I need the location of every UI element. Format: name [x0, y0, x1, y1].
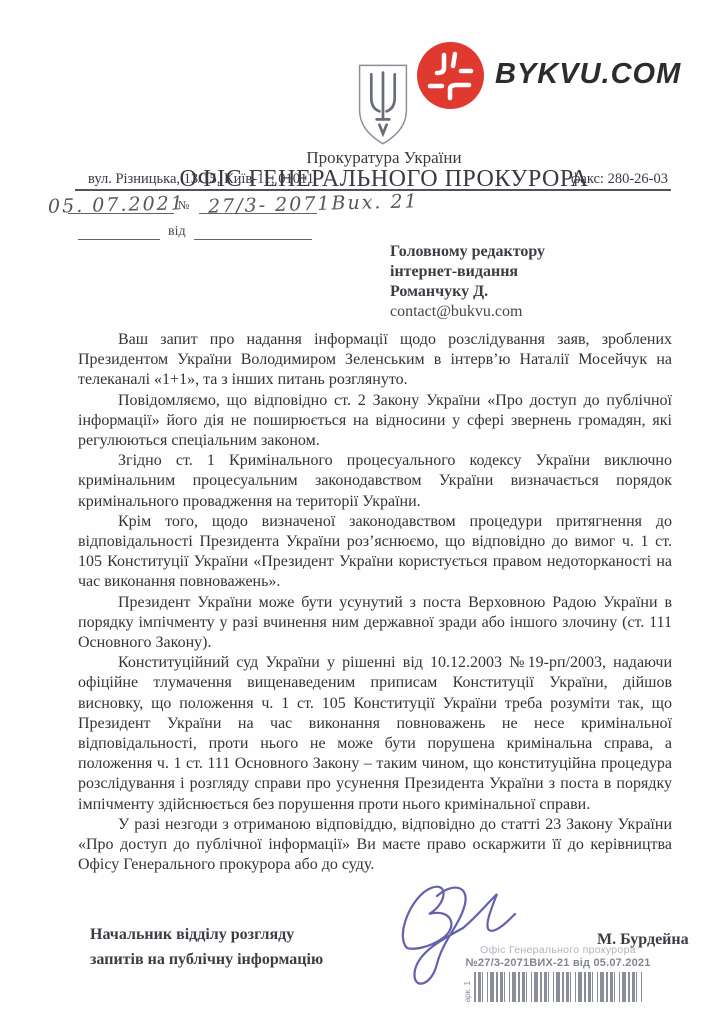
scanned-letter-page: BYKVU.COM Прокуратура України ОФІС ГЕНЕР…: [0, 0, 702, 1024]
paragraph-3: Згідно ст. 1 Кримінального процесуальног…: [78, 451, 672, 512]
recipient-block: Головному редактору інтернет-видання Ром…: [390, 242, 545, 322]
paragraph-5: Президент України може бути усунутий з п…: [78, 593, 672, 654]
vid-label: від: [168, 224, 186, 239]
paragraph-4: Крім того, щодо визначеної законодавство…: [78, 512, 672, 593]
barcode-icon: [474, 972, 642, 1002]
trident-shield-icon: [356, 62, 410, 148]
recipient-title: Головному редактору: [390, 242, 545, 262]
reference-block: № 05. 07.2021 27/3- 2071Вих. 21 від: [48, 196, 428, 248]
stamp-office-name: Офіс Генерального прокурора: [458, 944, 658, 956]
stamp-sheet-label: арк. 1: [464, 981, 472, 1002]
bykvu-logo: BYKVU.COM: [417, 42, 692, 112]
signer-title: Начальник відділу розгляду запитів на пу…: [90, 922, 323, 972]
paragraph-6: Конституційний суд України у рішенні від…: [78, 653, 672, 815]
signer-title-line2: запитів на публічну інформацію: [90, 947, 323, 972]
recipient-org: інтернет-видання: [390, 262, 545, 282]
paragraph-7: У разі незгоди з отриманою відповіддю, в…: [78, 815, 672, 876]
vid-blank-line-1: [78, 222, 160, 240]
handwritten-date: 05. 07.2021: [48, 192, 185, 218]
bykvu-logo-icon: [417, 42, 484, 109]
org-address: вул. Різницька, 13/15, Київ-11, 01011: [88, 171, 314, 188]
recipient-email: contact@bukvu.com: [390, 302, 545, 322]
signer-title-line1: Начальник відділу розгляду: [90, 922, 323, 947]
handwritten-number: 27/3- 2071Вих. 21: [208, 190, 419, 218]
org-parent-name: Прокуратура України: [33, 148, 702, 168]
letter-body: Ваш запит про надання інформації щодо ро…: [78, 330, 672, 875]
registration-stamp: Офіс Генерального прокурора №27/3-2071ВИ…: [458, 944, 658, 1002]
reference-line-vid: від: [48, 222, 428, 248]
reference-line-number: № 05. 07.2021 27/3- 2071Вих. 21: [48, 196, 428, 222]
bykvu-brand-text: BYKVU.COM: [495, 58, 681, 91]
recipient-name: Романчуку Д.: [390, 282, 545, 302]
paragraph-2: Повідомляємо, що відповідно ст. 2 Закону…: [78, 391, 672, 452]
org-fax: факс: 280-26-03: [571, 171, 668, 188]
stamp-number-date: №27/3-2071ВИХ-21 від 05.07.2021: [458, 957, 658, 969]
paragraph-1: Ваш запит про надання інформації щодо ро…: [78, 330, 672, 391]
vid-blank-line-2: [194, 222, 312, 240]
